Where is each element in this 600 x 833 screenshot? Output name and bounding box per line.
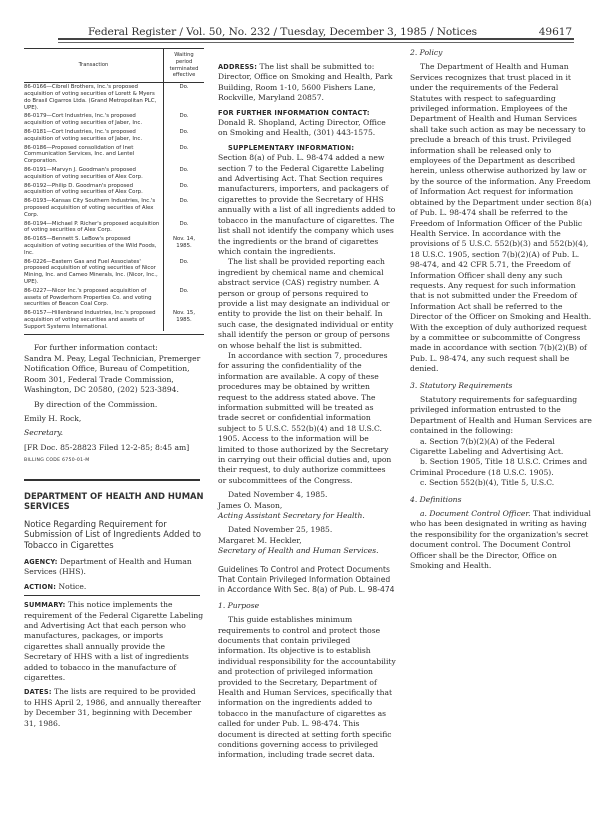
transaction-cell: 86-0166—Cibrell Brothers, Inc.'s propose… [24,83,164,113]
header-rule [58,38,574,40]
date-cell: Do. [164,112,205,128]
section-4-item-a: a. Document Control Officer. That indivi… [410,509,592,571]
supplementary-p2: The list shall be provided reporting eac… [218,257,396,351]
table-row: 86-0226—Eastern Gas and Fuel Associates'… [24,258,204,287]
table-row: 86-0192—Philip D. Goodman's proposed acq… [24,182,204,198]
table-row: 86-0157—Hillenbrand Industries, Inc.'s p… [24,309,204,331]
guidelines-title: Guidelines To Control and Protect Docume… [218,565,396,595]
transaction-cell: 86-0192—Philip D. Goodman's proposed acq… [24,182,164,198]
contact-paragraph: FOR FURTHER INFORMATION CONTACT:Donald R… [218,108,396,139]
signer-2-title: Secretary of Health and Human Services. [218,546,396,556]
section-3-item-a: a. Section 7(b)(2)(A) of the Federal Cig… [410,437,592,458]
address-paragraph: ADDRESS: The list shall be submitted to:… [218,62,396,104]
table-row: 86-0191—Marvyn J. Goodman's proposed acq… [24,166,204,182]
date-cell: Do. [164,220,205,236]
transaction-cell: 86-0165—Bennett S. LeBow's proposed acqu… [24,235,164,257]
header-rule-thin [58,42,574,43]
column-header-waiting-period: Waiting period terminated effective [164,49,205,83]
transaction-cell: 86-0186—Proposed consolidation of Inet C… [24,144,164,166]
table-row: 86-0186—Proposed consolidation of Inet C… [24,144,204,166]
column-1: Transaction Waiting period terminated ef… [24,48,204,729]
date-cell: Do. [164,258,205,287]
transaction-cell: 86-0179—Cort Industries, Inc.'s proposed… [24,112,164,128]
transaction-table: Transaction Waiting period terminated ef… [24,48,204,331]
transaction-cell: 86-0227—Nicor Inc.'s proposed acquisitio… [24,287,164,309]
billing-code: BILLING CODE 6750-01-M [24,456,204,466]
section-4-heading: 4. Definitions [410,495,592,505]
dates-paragraph: DATES: The lists are required to be prov… [24,687,204,729]
signer-name: Emily H. Rock, [24,414,204,424]
table-row: 86-0166—Cibrell Brothers, Inc.'s propose… [24,83,204,113]
date-cell: Nov. 14, 1985. [164,235,205,257]
action-line: ACTION: Notice. [24,582,204,592]
signer-1-name: James O. Mason, [218,501,396,511]
section-2-text: The Department of Health and Human Servi… [410,62,592,374]
transaction-cell: 86-0194—Michael P. Richer's proposed acq… [24,220,164,236]
transaction-cell: 86-0191—Marvyn J. Goodman's proposed acq… [24,166,164,182]
transaction-cell: 86-0157—Hillenbrand Industries, Inc.'s p… [24,309,164,331]
section-1-text: This guide establishes minimum requireme… [218,615,396,761]
transaction-cell: 86-0226—Eastern Gas and Fuel Associates'… [24,258,164,287]
table-row: 86-0194—Michael P. Richer's proposed acq… [24,220,204,236]
table-row: 86-0165—Bennett S. LeBow's proposed acqu… [24,235,204,257]
transaction-cell: 86-0193—Kansas City Southern Industries,… [24,197,164,219]
date-cell: Do. [164,197,205,219]
contact-intro: For further information contact: [24,343,204,353]
supplementary-p1: Section 8(a) of Pub. L. 98-474 added a n… [218,153,396,257]
signer-2-name: Margaret M. Heckler, [218,536,396,546]
notice-title: Notice Regarding Requirement for Submiss… [24,519,204,550]
column-2: ADDRESS: The list shall be submitted to:… [218,48,396,761]
date-cell: Do. [164,128,205,144]
contact-body: Sandra M. Peay, Legal Technician, Premer… [24,354,204,396]
dated-line-1: Dated November 4, 1985. [218,490,396,500]
section-3-item-b: b. Section 1905, Title 18 U.S.C. Crimes … [410,457,592,478]
supplementary-label: SUPPLEMENTARY INFORMATION: [218,143,396,153]
date-cell: Do. [164,182,205,198]
date-cell: Do. [164,144,205,166]
dated-line-2: Dated November 25, 1985. [218,525,396,535]
fr-doc-line: [FR Doc. 85-28823 Filed 12-2-85; 8:45 am… [24,443,204,453]
column-header-transaction: Transaction [24,49,164,83]
section-2-heading: 2. Policy [410,48,592,58]
direction-line: By direction of the Commission. [24,400,204,410]
action-rule [24,595,200,596]
agency-line: AGENCY: Department of Health and Human S… [24,557,204,578]
section-3-item-c: c. Section 552(b)(4), Title 5, U.S.C. [410,478,592,488]
summary-paragraph: SUMMARY: This notice implements the requ… [24,600,204,683]
transaction-cell: 86-0181—Cort Industries, Inc.'s proposed… [24,128,164,144]
table-bottom-rule [24,334,204,335]
page-number: 49617 [539,26,572,38]
section-3-text: Statutory requirements for safeguarding … [410,395,592,437]
date-cell: Nov. 15, 1985. [164,309,205,331]
table-row: 86-0179—Cort Industries, Inc.'s proposed… [24,112,204,128]
column-3: 2. Policy The Department of Health and H… [410,48,592,572]
page-header: Federal Register / Vol. 50, No. 232 / Tu… [88,22,572,38]
document-separator [24,479,200,481]
table-row: 86-0193—Kansas City Southern Industries,… [24,197,204,219]
signer-1-title: Acting Assistant Secretary for Health. [218,511,396,521]
agency-heading: DEPARTMENT OF HEALTH AND HUMAN SERVICES [24,491,204,512]
section-3-heading: 3. Statutory Requirements [410,381,592,391]
running-title: Federal Register / Vol. 50, No. 232 / Tu… [88,26,477,38]
table-row: 86-0227—Nicor Inc.'s proposed acquisitio… [24,287,204,309]
date-cell: Do. [164,83,205,113]
supplementary-p3: In accordance with section 7, procedures… [218,351,396,486]
date-cell: Do. [164,287,205,309]
section-1-heading: 1. Purpose [218,601,396,611]
date-cell: Do. [164,166,205,182]
table-row: 86-0181—Cort Industries, Inc.'s proposed… [24,128,204,144]
signer-title: Secretary. [24,428,204,438]
